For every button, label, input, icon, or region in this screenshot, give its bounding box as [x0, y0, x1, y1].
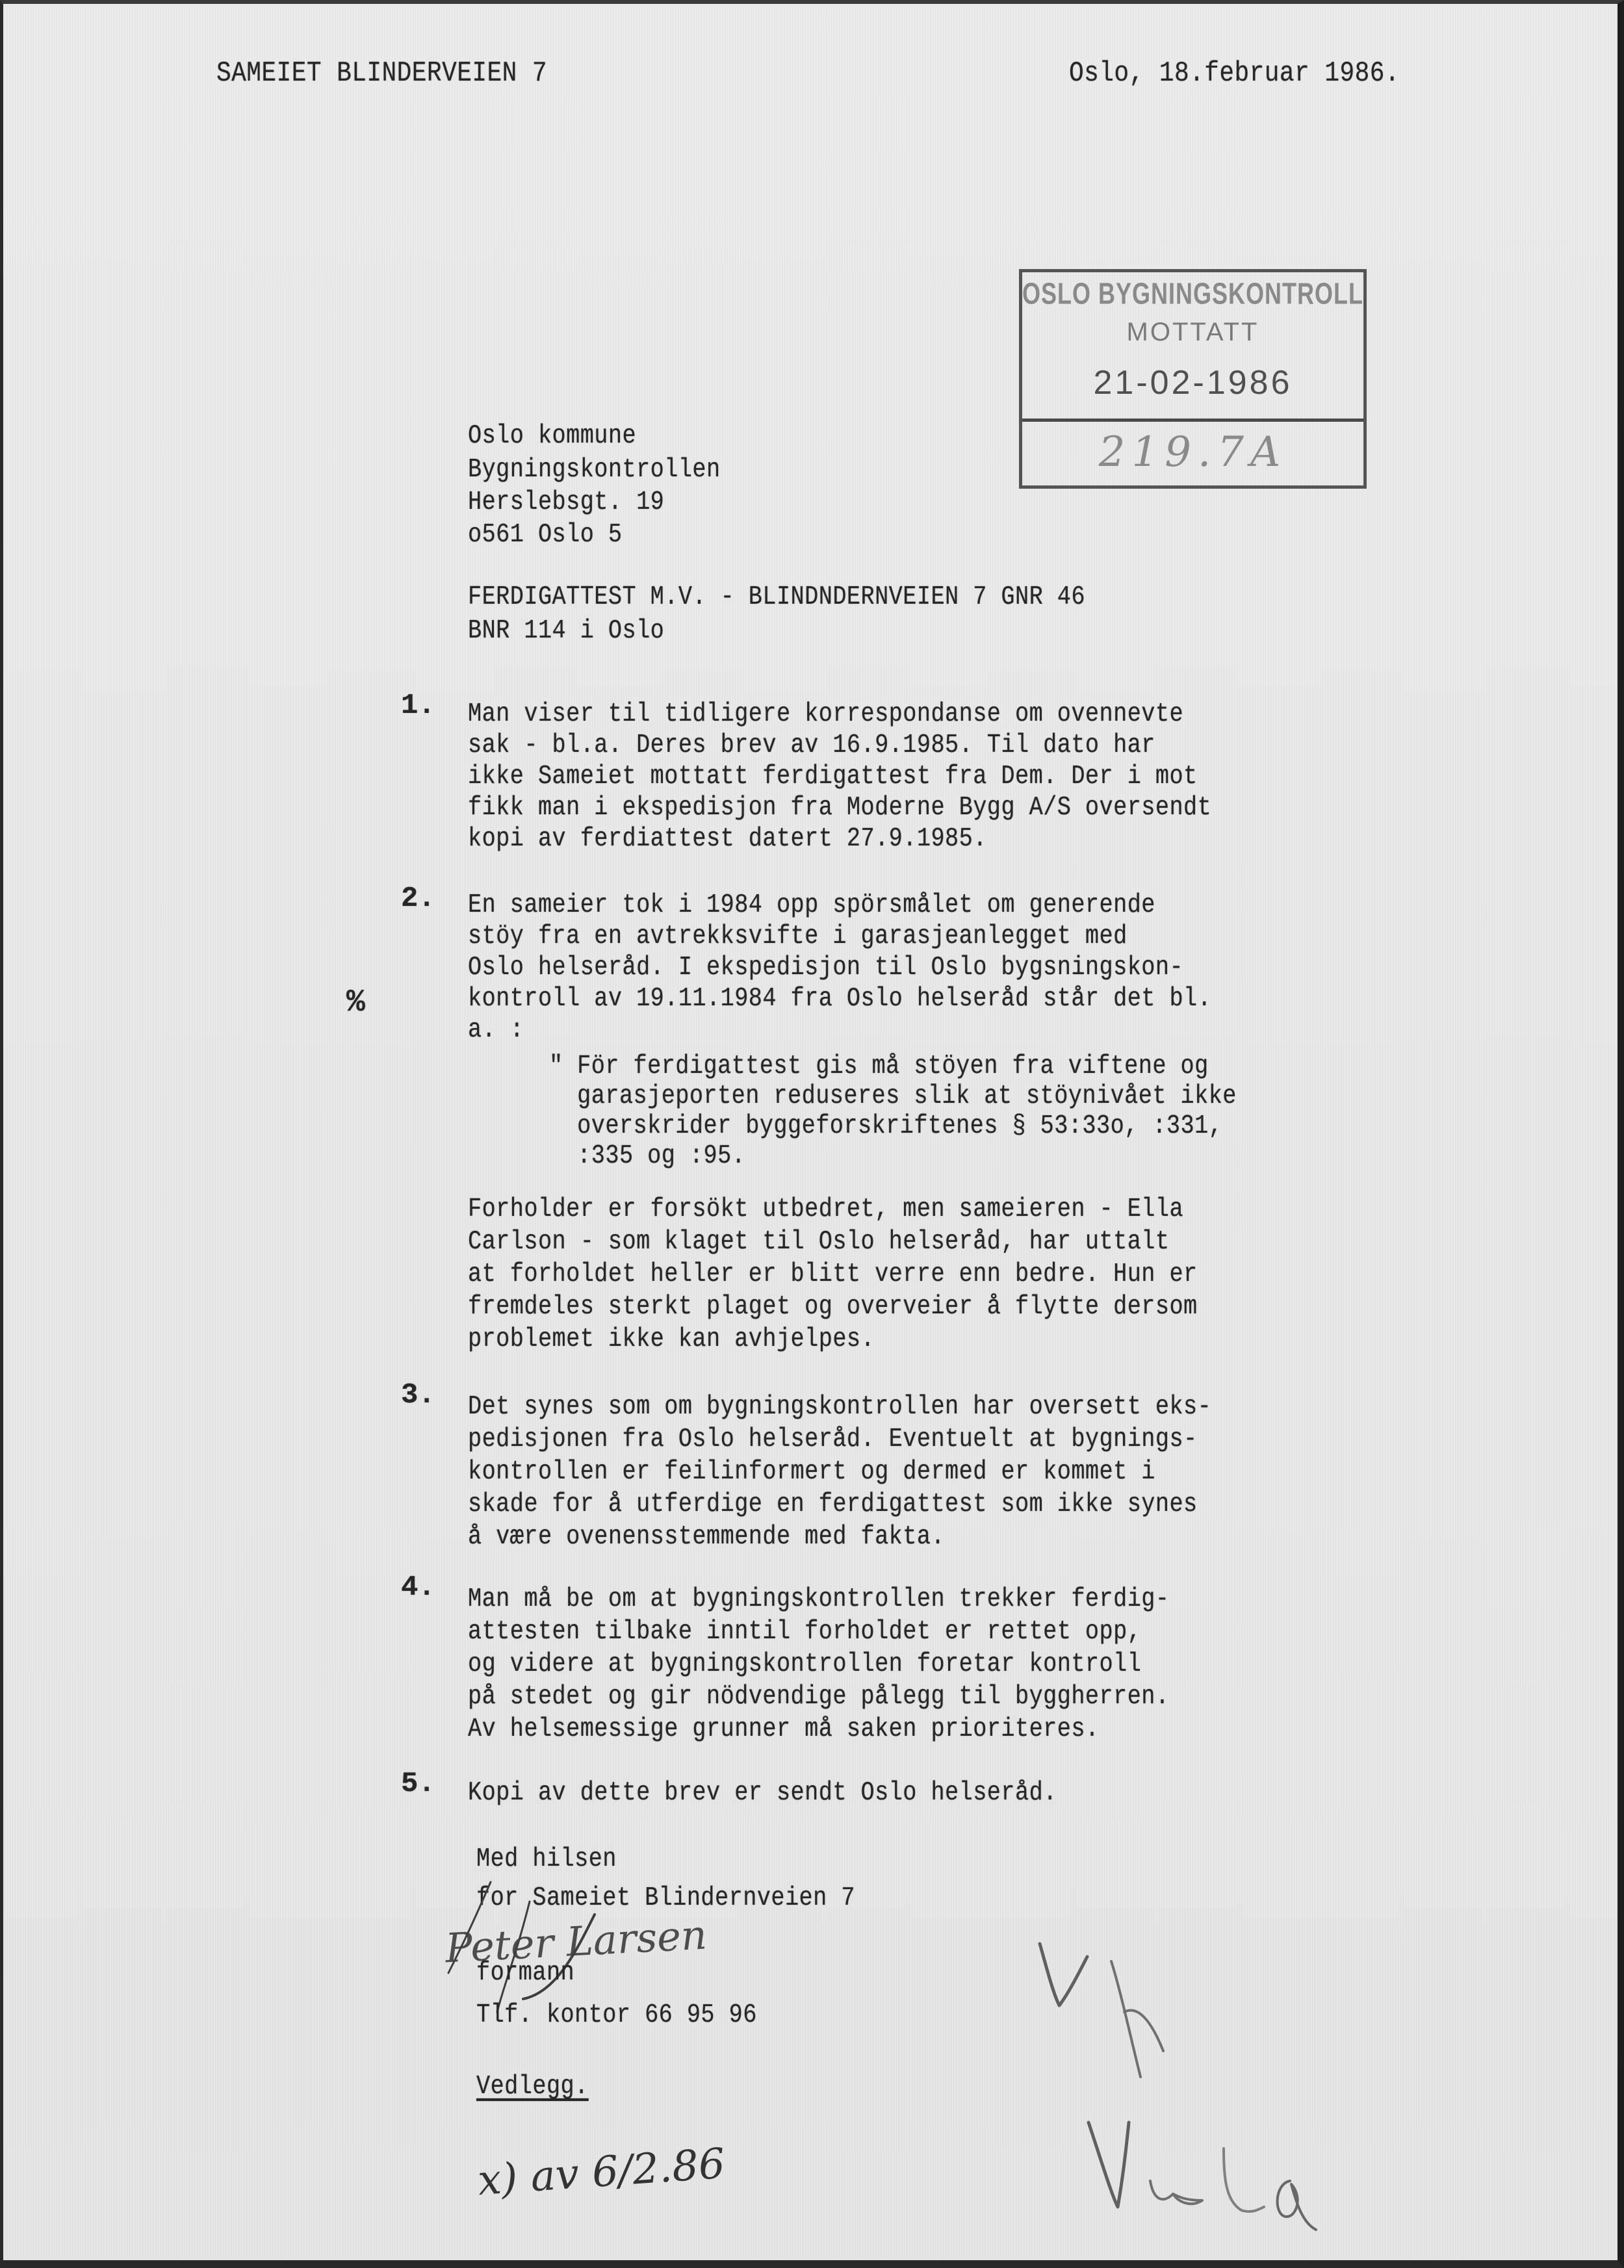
- text-line: sak - bl.a. Deres brev av 16.9.1985. Til…: [468, 729, 1155, 762]
- subject-line-1: FERDIGATTEST M.V. - BLINDNDERNVEIEN 7 GN…: [468, 581, 1085, 613]
- margin-mark: %: [346, 985, 365, 1020]
- text-line: Det synes som om bygningskontrollen har …: [468, 1391, 1211, 1423]
- scanned-letter-page: SAMEIET BLINDERVEIEN 7 Oslo, 18.februar …: [0, 0, 1624, 2268]
- text-line: skade for å utferdige en ferdigattest so…: [468, 1488, 1198, 1521]
- text-line: å være ovenensstemmende med fakta.: [468, 1521, 945, 1553]
- section-number: 2.: [401, 883, 435, 915]
- text-line: fikk man i ekspedisjon fra Moderne Bygg …: [468, 792, 1211, 824]
- phone-number: Tlf. kontor 66 95 96: [476, 1999, 757, 2031]
- text-line: Carlson - som klaget til Oslo helseråd, …: [468, 1226, 1169, 1258]
- text-line: Kopi av dette brev er sendt Oslo helserå…: [468, 1777, 1057, 1809]
- recipient-line: Herslebsgt. 19: [468, 486, 664, 519]
- text-line: at forholdet heller er blitt verre enn b…: [468, 1258, 1198, 1291]
- text-line: attesten tilbake inntil forholdet er ret…: [468, 1616, 1141, 1648]
- section-number: 4.: [401, 1571, 435, 1604]
- text-line: pedisjonen fra Oslo helseråd. Eventuelt …: [468, 1423, 1198, 1456]
- section-number: 1.: [401, 689, 435, 722]
- quote-line: :335 og :95.: [549, 1140, 745, 1172]
- text-line: En sameier tok i 1984 opp spörsmålet om …: [468, 889, 1155, 921]
- stamp-office: OSLO BYGNINGSKONTROLL: [1022, 276, 1363, 312]
- section-number: 3.: [401, 1379, 435, 1411]
- stamp-handwritten-ref: 219.7A: [1022, 428, 1363, 476]
- text-line: Man må be om at bygningskontrollen trekk…: [468, 1583, 1169, 1616]
- handwritten-name-icon: [1017, 2109, 1485, 2268]
- stamp-date: 21-02-1986: [1022, 363, 1363, 402]
- text-line: kopi av ferdiattest datert 27.9.1985.: [468, 823, 987, 855]
- text-line: a. :: [468, 1014, 524, 1046]
- stamp-status: MOTTATT: [1022, 318, 1363, 347]
- text-line: ikke Sameiet mottatt ferdigattest fra De…: [468, 760, 1198, 793]
- stamp-divider: [1022, 419, 1363, 422]
- recipient-line: Oslo kommune: [468, 420, 636, 452]
- quote-line: " För ferdigattest gis må stöyen fra vif…: [549, 1050, 1209, 1083]
- text-line: kontroll av 19.11.1984 fra Oslo helseråd…: [468, 983, 1211, 1015]
- attachments-label: Vedlegg.: [476, 2070, 589, 2103]
- quote-line: garasjeporten reduseres slik at stöynivå…: [549, 1080, 1237, 1113]
- recipient-line: Bygningskontrollen: [468, 454, 721, 486]
- text-line: problemet ikke kan avhjelpes.: [468, 1323, 875, 1356]
- text-line: kontrollen er feilinformert og dermed er…: [468, 1456, 1155, 1488]
- section-number: 5.: [401, 1768, 435, 1800]
- text-line: og videre at bygningskontrollen foretar …: [468, 1648, 1141, 1681]
- text-line: fremdeles sterkt plaget og overveier å f…: [468, 1291, 1198, 1323]
- letter-date: Oslo, 18.februar 1986.: [1069, 57, 1400, 90]
- recipient-line: o561 Oslo 5: [468, 519, 622, 551]
- attachment-note: x) av 6/2.86: [476, 2140, 727, 2205]
- subject-line-2: BNR 114 i Oslo: [468, 615, 664, 647]
- letterhead-sender: SAMEIET BLINDERVEIEN 7: [216, 57, 547, 90]
- quote-line: overskrider byggeforskriftenes § 53:33o,…: [549, 1110, 1222, 1142]
- text-line: Forholder er forsökt utbedret, men samei…: [468, 1193, 1183, 1226]
- signatory-title: formann: [476, 1957, 574, 1989]
- text-line: Oslo helseråd. I ekspedisjon til Oslo by…: [468, 951, 1183, 984]
- closing-greeting: Med hilsen: [476, 1843, 617, 1875]
- text-line: Man viser til tidligere korrespondanse o…: [468, 698, 1183, 730]
- received-stamp: OSLO BYGNINGSKONTROLL MOTTATT 21-02-1986…: [1019, 269, 1367, 489]
- text-line: Av helsemessige grunner må saken priorit…: [468, 1713, 1100, 1746]
- text-line: stöy fra en avtrekksvifte i garasjeanleg…: [468, 920, 1128, 953]
- text-line: på stedet og gir nödvendige pålegg til b…: [468, 1681, 1169, 1713]
